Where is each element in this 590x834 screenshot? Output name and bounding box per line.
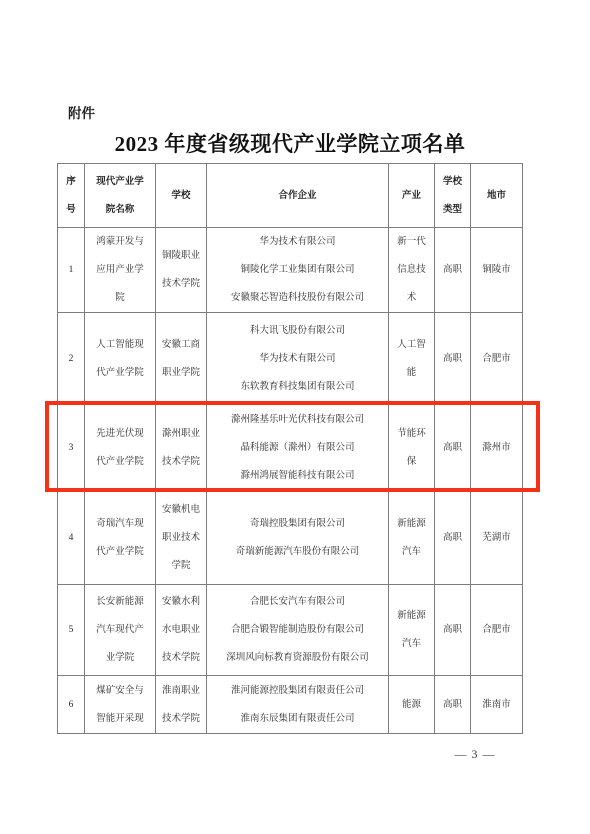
attachment-label: 附件 — [68, 102, 95, 122]
page-title: 2023 年度省级现代产业学院立项名单 — [57, 128, 523, 158]
table-row: 6 煤矿安全与 智能开采现 淮南职业 技术学院 淮河能源控股集团有限责任公司 淮… — [58, 676, 523, 734]
cell-city: 铜陵市 — [471, 228, 523, 313]
project-list-table: 序 号 现代产业学 院名称 学校 合作企业 产业 学校 类型 地市 1 鸿蒙开发… — [57, 163, 523, 734]
cell-school: 安徽工商 职业学院 — [156, 313, 207, 405]
cell-industry: 新能源 汽车 — [389, 492, 435, 585]
cell-school: 滁州职业 技术学院 — [156, 405, 207, 492]
cell-partners: 科大讯飞股份有限公司 华为技术有限公司 东软教育科技集团有限公司 — [207, 313, 389, 405]
header-school: 学校 — [156, 164, 207, 228]
cell-city: 芜湖市 — [471, 492, 523, 585]
cell-city: 合肥市 — [471, 313, 523, 405]
cell-partners: 华为技术有限公司 铜陵化学工业集团有限公司 安徽聚芯智造科技股份有限公司 — [207, 228, 389, 313]
header-school-type: 学校 类型 — [435, 164, 471, 228]
header-index: 序 号 — [58, 164, 85, 228]
cell-partners: 滁州隆基乐叶光伏科技有限公司 晶科能源（滁州）有限公司 滁州鸿展智能科技有限公司 — [207, 405, 389, 492]
table-row: 1 鸿蒙开发与 应用产业学 院 铜陵职业 技术学院 华为技术有限公司 铜陵化学工… — [58, 228, 523, 313]
cell-index: 4 — [58, 492, 85, 585]
cell-school: 安徽机电 职业技术 学院 — [156, 492, 207, 585]
cell-college: 先进光伏现 代产业学院 — [85, 405, 156, 492]
cell-school-type: 高职 — [435, 676, 471, 734]
cell-index: 3 — [58, 405, 85, 492]
header-industry: 产业 — [389, 164, 435, 228]
table-row: 5 长安新能源 汽车现代产 业学院 安徽水利 水电职业 技术学院 合肥长安汽车有… — [58, 585, 523, 676]
header-city: 地市 — [471, 164, 523, 228]
cell-school: 铜陵职业 技术学院 — [156, 228, 207, 313]
cell-index: 5 — [58, 585, 85, 676]
table-row-highlighted: 3 先进光伏现 代产业学院 滁州职业 技术学院 滁州隆基乐叶光伏科技有限公司 晶… — [58, 405, 523, 492]
cell-industry: 人工智 能 — [389, 313, 435, 405]
cell-city: 合肥市 — [471, 585, 523, 676]
cell-index: 6 — [58, 676, 85, 734]
cell-school: 安徽水利 水电职业 技术学院 — [156, 585, 207, 676]
cell-school-type: 高职 — [435, 492, 471, 585]
cell-school-type: 高职 — [435, 585, 471, 676]
table-row: 2 人工智能现 代产业学院 安徽工商 职业学院 科大讯飞股份有限公司 华为技术有… — [58, 313, 523, 405]
cell-college: 奇瑞汽车现 代产业学院 — [85, 492, 156, 585]
cell-college: 长安新能源 汽车现代产 业学院 — [85, 585, 156, 676]
cell-school: 淮南职业 技术学院 — [156, 676, 207, 734]
cell-city: 淮南市 — [471, 676, 523, 734]
header-college: 现代产业学 院名称 — [85, 164, 156, 228]
cell-index: 1 — [58, 228, 85, 313]
cell-college: 人工智能现 代产业学院 — [85, 313, 156, 405]
cell-industry: 能源 — [389, 676, 435, 734]
cell-city: 滁州市 — [471, 405, 523, 492]
cell-index: 2 — [58, 313, 85, 405]
cell-school-type: 高职 — [435, 405, 471, 492]
cell-partners: 合肥长安汽车有限公司 合肥合锻智能制造股份有限公司 深圳风向标教育资源股份有限公… — [207, 585, 389, 676]
cell-industry: 新能源 汽车 — [389, 585, 435, 676]
header-partners: 合作企业 — [207, 164, 389, 228]
cell-college: 鸿蒙开发与 应用产业学 院 — [85, 228, 156, 313]
cell-industry: 新一代 信息技 术 — [389, 228, 435, 313]
cell-college: 煤矿安全与 智能开采现 — [85, 676, 156, 734]
cell-partners: 奇瑞控股集团有限公司 奇瑞新能源汽车股份有限公司 — [207, 492, 389, 585]
table-row: 4 奇瑞汽车现 代产业学院 安徽机电 职业技术 学院 奇瑞控股集团有限公司 奇瑞… — [58, 492, 523, 585]
cell-industry: 节能环 保 — [389, 405, 435, 492]
cell-partners: 淮河能源控股集团有限责任公司 淮南东辰集团有限责任公司 — [207, 676, 389, 734]
document-page: 附件 2023 年度省级现代产业学院立项名单 序 号 现代产业学 院名称 学校 … — [0, 0, 590, 834]
page-number: — 3 — — [430, 747, 520, 762]
cell-school-type: 高职 — [435, 228, 471, 313]
table-header-row: 序 号 现代产业学 院名称 学校 合作企业 产业 学校 类型 地市 — [58, 164, 523, 228]
cell-school-type: 高职 — [435, 313, 471, 405]
